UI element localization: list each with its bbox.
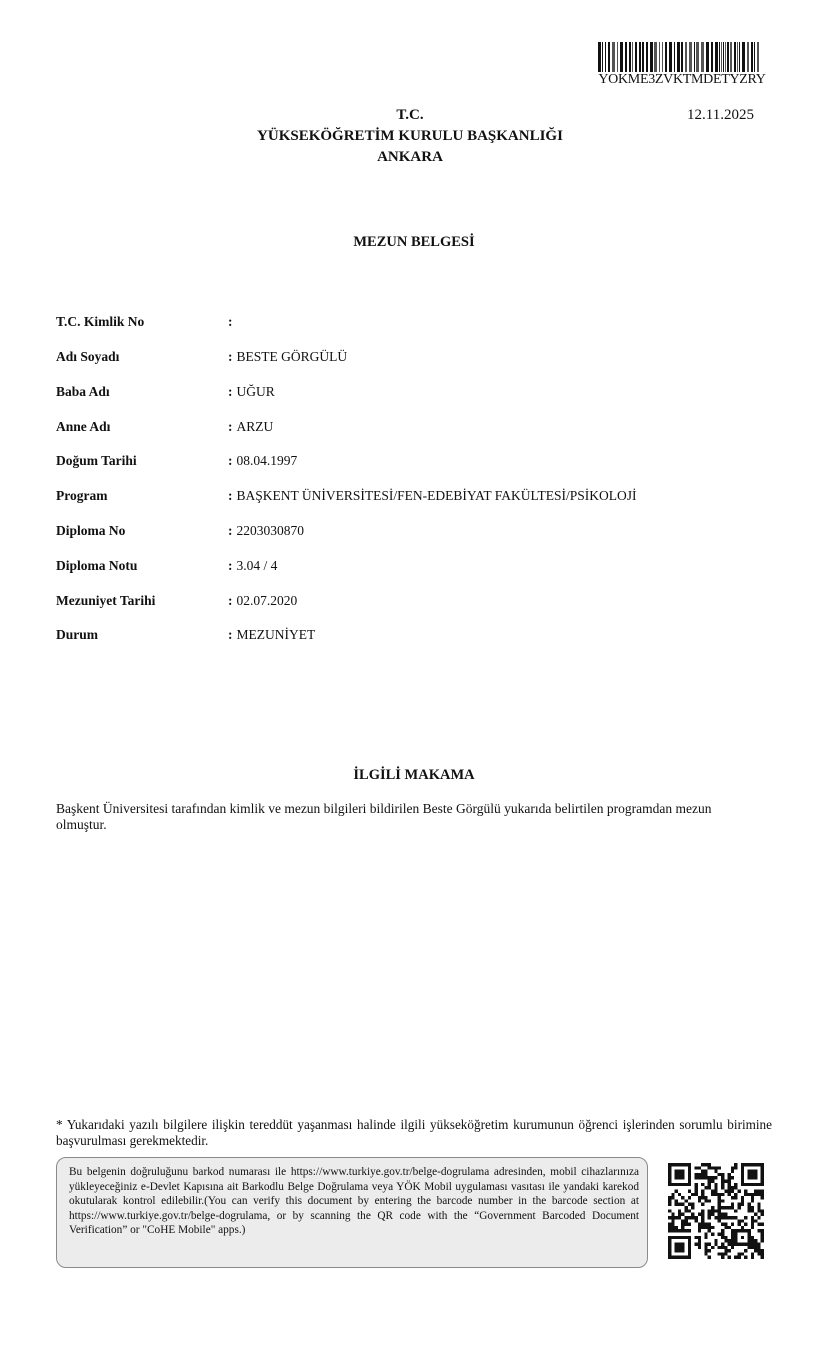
field-label: Diploma Notu: [56, 558, 137, 574]
barcode-icon: [598, 42, 760, 72]
field-value-text: 08.04.1997: [237, 453, 298, 468]
field-value-text: ARZU: [237, 419, 274, 434]
field-row: Anne Adı:ARZU: [56, 419, 776, 439]
field-row: Adı Soyadı:BESTE GÖRGÜLÜ: [56, 349, 776, 369]
field-value: :MEZUNİYET: [228, 627, 315, 643]
document-date: 12.11.2025: [687, 107, 754, 124]
field-value-text: MEZUNİYET: [237, 627, 316, 642]
barcode-number: YOKME3ZVKTMDETYZRY: [592, 72, 772, 88]
verification-text: Bu belgenin doğruluğunu barkod numarası …: [69, 1165, 639, 1238]
field-value-text: 3.04 / 4: [237, 558, 278, 573]
field-label: T.C. Kimlik No: [56, 314, 144, 330]
field-row: Diploma Notu:3.04 / 4: [56, 558, 776, 578]
issuer-header: T.C. YÜKSEKÖĞRETİM KURULU BAŞKANLIĞI ANK…: [200, 105, 620, 168]
field-colon: :: [228, 593, 233, 608]
section-title: İLGİLİ MAKAMA: [0, 767, 828, 784]
field-label: Diploma No: [56, 523, 125, 539]
field-row: T.C. Kimlik No:: [56, 314, 776, 334]
field-label: Anne Adı: [56, 419, 110, 435]
verification-box: Bu belgenin doğruluğunu barkod numarası …: [56, 1157, 648, 1268]
field-row: Baba Adı:UĞUR: [56, 384, 776, 404]
field-label: Adı Soyadı: [56, 349, 119, 365]
field-label: Durum: [56, 627, 98, 643]
field-value: :: [228, 314, 237, 330]
field-value: :BAŞKENT ÜNİVERSİTESİ/FEN-EDEBİYAT FAKÜL…: [228, 488, 637, 504]
field-value-text: 02.07.2020: [237, 593, 298, 608]
field-row: Diploma No:2203030870: [56, 523, 776, 543]
header-line-city: ANKARA: [200, 147, 620, 168]
qr-code-icon: [668, 1163, 764, 1259]
field-row: Doğum Tarihi:08.04.1997: [56, 453, 776, 473]
field-value: :3.04 / 4: [228, 558, 277, 574]
field-value-text: BESTE GÖRGÜLÜ: [237, 349, 348, 364]
field-value: :BESTE GÖRGÜLÜ: [228, 349, 347, 365]
field-label: Doğum Tarihi: [56, 453, 137, 469]
field-row: Program:BAŞKENT ÜNİVERSİTESİ/FEN-EDEBİYA…: [56, 488, 776, 508]
header-line-country: T.C.: [200, 105, 620, 126]
field-colon: :: [228, 419, 233, 434]
field-colon: :: [228, 488, 233, 503]
field-label: Program: [56, 488, 107, 504]
field-colon: :: [228, 558, 233, 573]
field-colon: :: [228, 627, 233, 642]
document-title: MEZUN BELGESİ: [0, 234, 828, 251]
field-value: :ARZU: [228, 419, 273, 435]
field-value-text: 2203030870: [237, 523, 305, 538]
statement-paragraph: Başkent Üniversitesi tarafından kimlik v…: [56, 801, 746, 833]
field-value: :08.04.1997: [228, 453, 297, 469]
field-value: :UĞUR: [228, 384, 275, 400]
field-value-text: UĞUR: [237, 384, 275, 399]
field-row: Mezuniyet Tarihi:02.07.2020: [56, 593, 776, 613]
field-row: Durum:MEZUNİYET: [56, 627, 776, 647]
field-value: :02.07.2020: [228, 593, 297, 609]
field-colon: :: [228, 523, 233, 538]
field-colon: :: [228, 349, 233, 364]
field-colon: :: [228, 453, 233, 468]
field-value-text: BAŞKENT ÜNİVERSİTESİ/FEN-EDEBİYAT FAKÜLT…: [237, 488, 637, 503]
field-label: Mezuniyet Tarihi: [56, 593, 155, 609]
footnote: * Yukarıdaki yazılı bilgilere ilişkin te…: [56, 1117, 772, 1149]
field-label: Baba Adı: [56, 384, 110, 400]
field-colon: :: [228, 314, 233, 329]
field-colon: :: [228, 384, 233, 399]
field-value: :2203030870: [228, 523, 304, 539]
header-line-institution: YÜKSEKÖĞRETİM KURULU BAŞKANLIĞI: [200, 126, 620, 147]
